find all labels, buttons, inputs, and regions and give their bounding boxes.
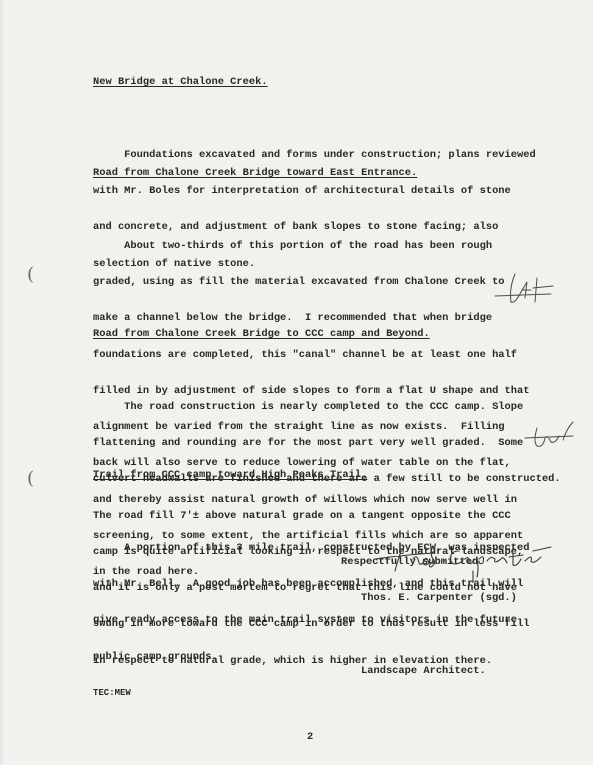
page-number: 2	[307, 731, 313, 743]
section-heading: New Bridge at Chalone Creek.	[93, 76, 536, 88]
section-heading: Trail from CCC camp toward High Peaks Tr…	[93, 469, 529, 481]
document-page: New Bridge at Chalone Creek. Foundations…	[0, 0, 593, 765]
handwritten-signature	[373, 537, 553, 583]
section-heading: Road from Chalone Creek Bridge toward Ea…	[93, 167, 529, 179]
section-heading: Road from Chalone Creek Bridge to CCC ca…	[93, 328, 561, 340]
margin-bracket-mark: (	[27, 264, 34, 285]
paragraph-line: graded, using as fill the material excav…	[93, 276, 529, 288]
signer-title: Landscape Architect.	[341, 665, 517, 677]
margin-bracket-mark: (	[27, 468, 34, 489]
reference-initials: TEC:MEW	[93, 687, 131, 699]
paragraph-line: About two-thirds of this portion of the …	[93, 240, 529, 252]
paragraph-line: The road construction is nearly complete…	[93, 401, 561, 413]
handwritten-initials	[523, 418, 583, 452]
handwritten-initials	[493, 268, 563, 308]
signer-name: Thos. E. Carpenter (sgd.)	[341, 592, 517, 604]
